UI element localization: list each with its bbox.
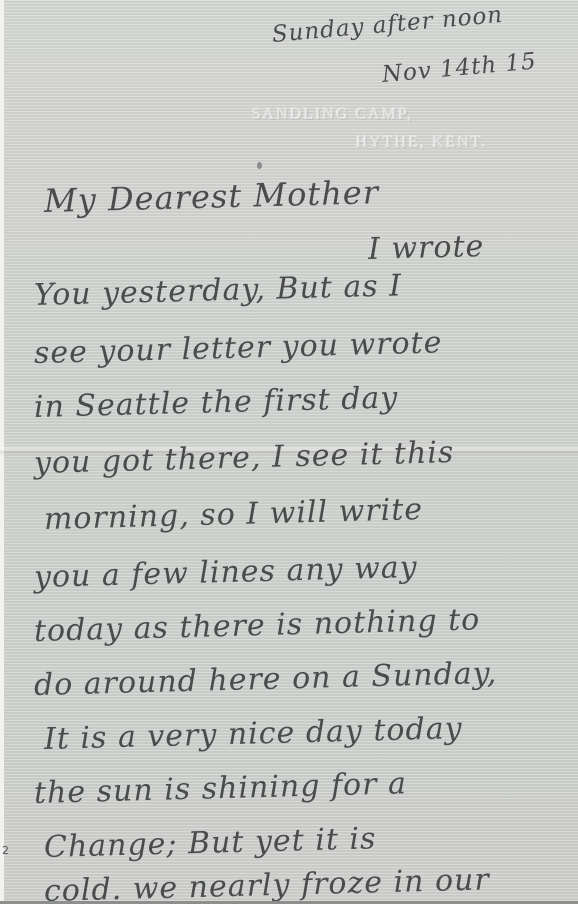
letter-page: Sunday after noon Nov 14th 15 SANDLING C… (0, 0, 578, 904)
pin-hole (257, 162, 262, 169)
body-line-1: I wrote (368, 229, 485, 267)
body-line-4: in Seattle the first day (34, 380, 399, 425)
body-line-3: see your letter you wrote (34, 325, 443, 371)
margin-mark: 2 (2, 844, 9, 857)
date-line: Nov 14th 15 (381, 49, 538, 88)
letterhead-line-2: HYTHE, KENT. (356, 134, 488, 152)
body-line-12: Change; But yet it is (44, 821, 377, 865)
body-line-5: you got there, I see it this (34, 435, 455, 481)
body-line-6: morning, so I will write (44, 492, 424, 537)
body-line-11: the sun is shining for a (34, 766, 408, 811)
body-line-10: It is a very nice day today (44, 711, 463, 757)
body-line-8: today as there is nothing to (34, 602, 481, 649)
letterhead-line-1: SANDLING CAMP, (252, 106, 413, 124)
salutation: My Dearest Mother (44, 173, 380, 220)
body-line-2: You yesterday, But as I (34, 268, 403, 313)
body-line-9: do around here on a Sunday, (34, 656, 498, 703)
date-day-line: Sunday after noon (271, 2, 504, 48)
body-line-13: cold. we nearly froze in our (44, 862, 491, 904)
body-line-7: you a few lines any way (34, 550, 419, 595)
